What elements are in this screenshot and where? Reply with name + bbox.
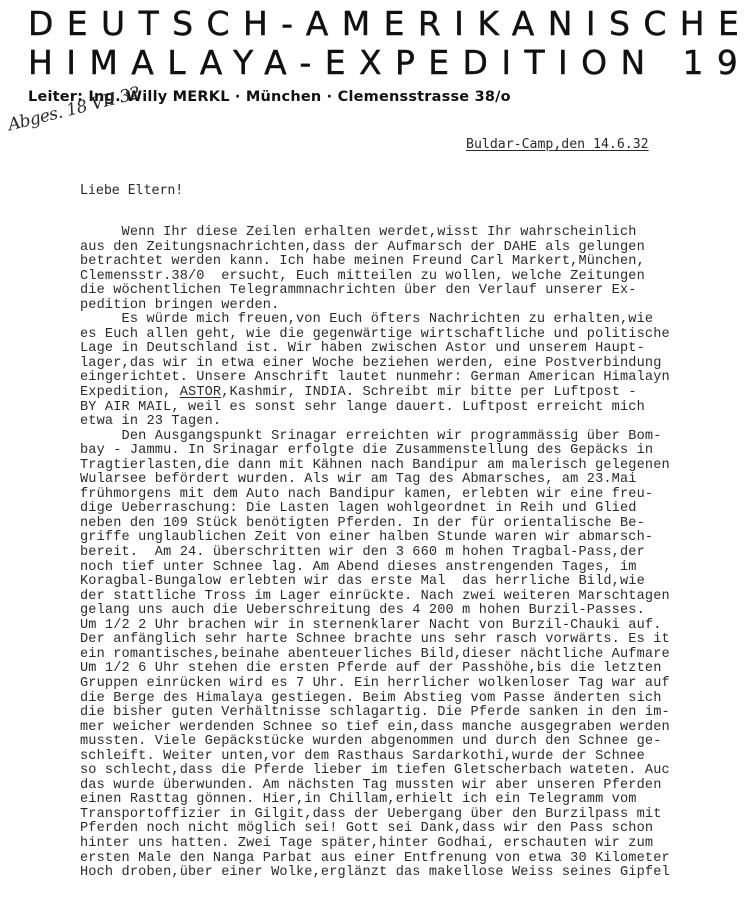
salutation: Liebe Eltern! (80, 183, 183, 198)
letter-line: dige Ueberraschung: Die Lasten lagen woh… (80, 502, 670, 517)
letter-line: Um 1/2 2 Uhr brachen wir in sternenklare… (80, 619, 670, 634)
letterhead-title-line-1: DEUTSCH-AMERIKANISCHE (28, 4, 750, 43)
underlined-word: ASTOR (180, 385, 222, 400)
letter-line: etwa in 23 Tagen. (80, 415, 670, 430)
letter-line: pedition bringen werden. (80, 299, 670, 314)
letter-line: Um 1/2 6 Uhr stehen die ersten Pferde au… (80, 662, 670, 677)
letter-line: aus den Zeitungsnachrichten,dass der Auf… (80, 241, 670, 256)
letter-line: Es würde mich freuen,von Euch öfters Nac… (80, 313, 670, 328)
letter-line: die Berge des Himalaya gestiegen. Beim A… (80, 692, 670, 707)
letter-line: hinter uns hatten. Zwei Tage später,hint… (80, 837, 670, 852)
letter-line: bay - Jammu. In Srinagar erfolgte die Zu… (80, 444, 670, 459)
letter-line: die wöchentlichen Telegrammnachrichten ü… (80, 284, 670, 299)
letter-line: Gruppen einrücken wird es 7 Uhr. Ein her… (80, 677, 670, 692)
letter-line: neben den 109 Stück benötigten Pferden. … (80, 517, 670, 532)
letter-line: griffe unglaublichen Zeit von einer halb… (80, 531, 670, 546)
letter-line: Expedition, ASTOR,Kashmir, INDIA. Schrei… (80, 386, 670, 401)
letter-line: so schlecht,dass die Pferde lieber im ti… (80, 764, 670, 779)
letter-line: Transportoffizier in Gilgit,dass der Ueb… (80, 808, 670, 823)
letter-line: das wurde überwunden. Am nächsten Tag mu… (80, 779, 670, 794)
letter-line: Der anfänglich sehr harte Schnee brachte… (80, 633, 670, 648)
place-and-date: Buldar-Camp,den 14.6.32 (466, 137, 649, 152)
letter-line: die bisher guten Verhältnisse schlagarti… (80, 706, 670, 721)
letter-line: bereit. Am 24. überschritten wir den 3 6… (80, 546, 670, 561)
letter-line: gelang uns auch die Ueberschreitung des … (80, 604, 670, 619)
letter-line: Wularsee befördert wurden. Als wir am Ta… (80, 473, 670, 488)
letter-line: betrachtet werden kann. Ich habe meinen … (80, 255, 670, 270)
letter-line: Pferden noch nicht möglich sei! Gott sei… (80, 822, 670, 837)
letter-line: es Euch allen geht, wie die gegenwärtige… (80, 328, 670, 343)
letter-line: Lage in Deutschland ist. Wir haben zwisc… (80, 342, 670, 357)
letter-line: mer weicher werdenden Schnee so tief ein… (80, 721, 670, 736)
letter-line: ein romantisches,beinahe abenteuerliches… (80, 648, 670, 663)
letter-line: Tragtierlasten,die dann mit Kähnen nach … (80, 459, 670, 474)
letter-line: lager,das wir in etwa einer Woche bezieh… (80, 357, 670, 372)
letter-line: eingerichtet. Unsere Anschrift lautet nu… (80, 371, 670, 386)
letter-line: frühmorgens mit dem Auto nach Bandipur k… (80, 488, 670, 503)
letter-line: schleift. Weiter unten,vor dem Rasthaus … (80, 750, 670, 765)
letter-body: Wenn Ihr diese Zeilen erhalten werdet,wi… (80, 226, 670, 881)
letterhead-title-line-2: HIMALAYA-EXPEDITION 1932 (28, 43, 750, 82)
letter-line: Hoch droben,über einer Wolke,erglänzt da… (80, 866, 670, 881)
letter-line: Clemensstr.38/0 ersucht, Euch mitteilen … (80, 270, 670, 285)
letter-line: BY AIR MAIL, weil es sonst sehr lange da… (80, 401, 670, 416)
letter-line: Koragbal-Bungalow erlebten wir das erste… (80, 575, 670, 590)
letter-line: Den Ausgangspunkt Srinagar erreichten wi… (80, 430, 670, 445)
letter-line: einen Rasttag gönnen. Hier,in Chillam,er… (80, 793, 670, 808)
letter-line: ersten Male den Nanga Parbat aus einer E… (80, 852, 670, 867)
letter-line: noch tief unter Schnee lag. Am Abend die… (80, 561, 670, 576)
letter-line: mussten. Viele Gepäckstücke wurden abgen… (80, 735, 670, 750)
letter-line: der stattliche Tross im Lager einrückte.… (80, 590, 670, 605)
letter-line: Wenn Ihr diese Zeilen erhalten werdet,wi… (80, 226, 670, 241)
